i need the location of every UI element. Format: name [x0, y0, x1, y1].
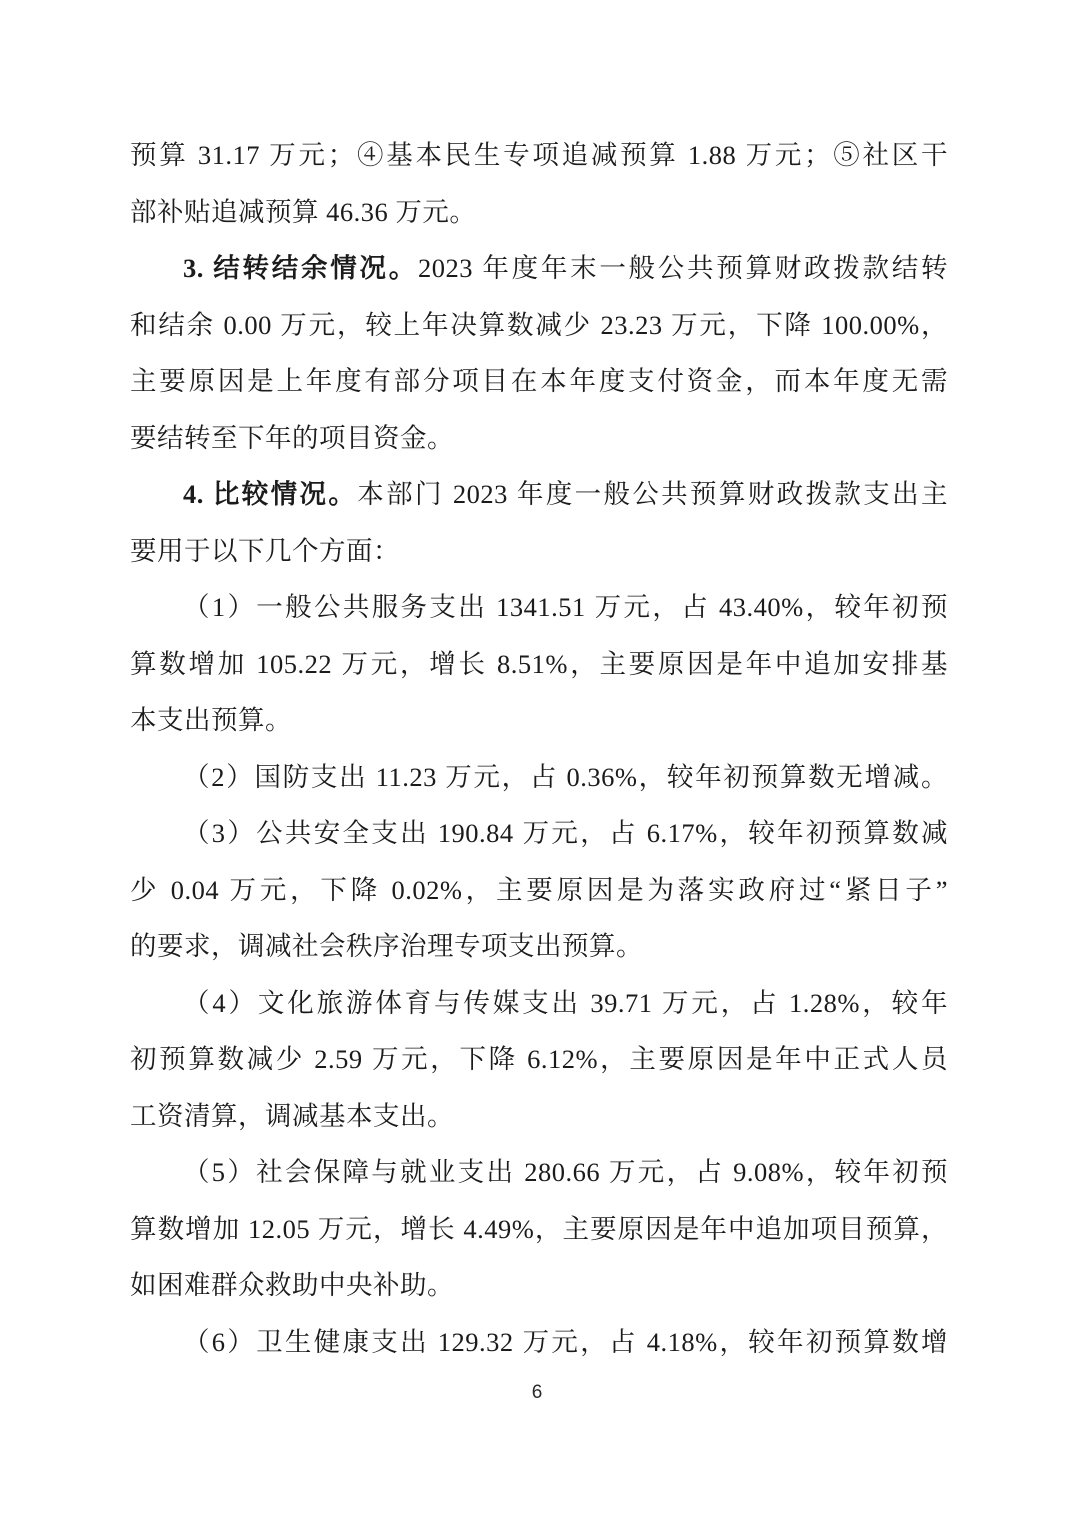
- text-line: 的要求，调减社会秩序治理专项支出预算。: [130, 918, 948, 975]
- text-line: 部补贴追减预算 46.36 万元。: [130, 184, 948, 241]
- text-line: 要用于以下几个方面：: [130, 523, 948, 580]
- text-line: （2）国防支出 11.23 万元，占 0.36%，较年初预算数无增减。: [130, 749, 948, 806]
- text-line: 算数增加 12.05 万元，增长 4.49%，主要原因是年中追加项目预算，: [130, 1201, 948, 1258]
- text-line: 要结转至下年的项目资金。: [130, 410, 948, 467]
- text-segment: 少 0.04 万元，下降 0.02%，主要原因是为落实政府过“紧日子”: [130, 875, 948, 905]
- text-segment: 本部门 2023 年度一般公共预算财政拨款支出主: [357, 479, 948, 509]
- text-line: 初预算数减少 2.59 万元，下降 6.12%，主要原因是年中正式人员: [130, 1031, 948, 1088]
- paragraph: （6）卫生健康支出 129.32 万元，占 4.18%，较年初预算数增: [130, 1314, 948, 1371]
- text-line: （5）社会保障与就业支出 280.66 万元，占 9.08%，较年初预: [130, 1144, 948, 1201]
- paragraph: （3）公共安全支出 190.84 万元，占 6.17%，较年初预算数减少 0.0…: [130, 805, 948, 975]
- text-line: （3）公共安全支出 190.84 万元，占 6.17%，较年初预算数减: [130, 805, 948, 862]
- text-line: 3. 结转结余情况。2023 年度年末一般公共预算财政拨款结转: [130, 240, 948, 297]
- paragraph: 4. 比较情况。本部门 2023 年度一般公共预算财政拨款支出主要用于以下几个方…: [130, 466, 948, 579]
- text-line: 算数增加 105.22 万元，增长 8.51%，主要原因是年中追加安排基: [130, 636, 948, 693]
- text-line: （1）一般公共服务支出 1341.51 万元，占 43.40%，较年初预: [130, 579, 948, 636]
- text-segment: （1）一般公共服务支出 1341.51 万元，占 43.40%，较年初预: [183, 592, 948, 622]
- text-block: 预算 31.17 万元；④基本民生专项追减预算 1.88 万元；⑤社区干部补贴追…: [130, 127, 948, 1370]
- paragraph: 预算 31.17 万元；④基本民生专项追减预算 1.88 万元；⑤社区干部补贴追…: [130, 127, 948, 240]
- text-line: （6）卫生健康支出 129.32 万元，占 4.18%，较年初预算数增: [130, 1314, 948, 1371]
- text-segment: 要用于以下几个方面：: [130, 536, 400, 566]
- text-segment: 要结转至下年的项目资金。: [130, 423, 454, 453]
- text-line: 4. 比较情况。本部门 2023 年度一般公共预算财政拨款支出主: [130, 466, 948, 523]
- paragraph: （1）一般公共服务支出 1341.51 万元，占 43.40%，较年初预算数增加…: [130, 579, 948, 749]
- text-segment: （3）公共安全支出 190.84 万元，占 6.17%，较年初预算数减: [183, 818, 948, 848]
- text-segment: 预算 31.17 万元；④基本民生专项追减预算 1.88 万元；⑤社区干: [130, 140, 948, 170]
- text-segment: 本支出预算。: [130, 705, 292, 735]
- text-line: 本支出预算。: [130, 692, 948, 749]
- text-line: 少 0.04 万元，下降 0.02%，主要原因是为落实政府过“紧日子”: [130, 862, 948, 919]
- text-line: 工资清算，调减基本支出。: [130, 1088, 948, 1145]
- text-segment: 如困难群众救助中央补助。: [130, 1270, 454, 1300]
- bold-heading-text: 3. 结转结余情况。: [183, 253, 418, 283]
- document-page: 预算 31.17 万元；④基本民生专项追减预算 1.88 万元；⑤社区干部补贴追…: [0, 0, 1074, 1520]
- text-segment: （5）社会保障与就业支出 280.66 万元，占 9.08%，较年初预: [183, 1157, 948, 1187]
- text-line: 和结余 0.00 万元，较上年决算数减少 23.23 万元，下降 100.00%…: [130, 297, 948, 354]
- paragraph: （5）社会保障与就业支出 280.66 万元，占 9.08%，较年初预算数增加 …: [130, 1144, 948, 1314]
- paragraph: （2）国防支出 11.23 万元，占 0.36%，较年初预算数无增减。: [130, 749, 948, 806]
- text-segment: 和结余 0.00 万元，较上年决算数减少 23.23 万元，下降 100.00%…: [130, 310, 948, 340]
- text-segment: 2023 年度年末一般公共预算财政拨款结转: [418, 253, 948, 283]
- text-line: 预算 31.17 万元；④基本民生专项追减预算 1.88 万元；⑤社区干: [130, 127, 948, 184]
- text-segment: 工资清算，调减基本支出。: [130, 1101, 454, 1131]
- text-segment: 的要求，调减社会秩序治理专项支出预算。: [130, 931, 643, 961]
- text-segment: （2）国防支出 11.23 万元，占 0.36%，较年初预算数无增减。: [183, 762, 948, 792]
- bold-heading-text: 4. 比较情况。: [183, 479, 357, 509]
- paragraph: 3. 结转结余情况。2023 年度年末一般公共预算财政拨款结转和结余 0.00 …: [130, 240, 948, 466]
- text-segment: （6）卫生健康支出 129.32 万元，占 4.18%，较年初预算数增: [183, 1327, 948, 1357]
- text-segment: 算数增加 105.22 万元，增长 8.51%，主要原因是年中追加安排基: [130, 649, 948, 679]
- page-number: 6: [0, 1382, 1074, 1404]
- paragraph: （4）文化旅游体育与传媒支出 39.71 万元，占 1.28%，较年初预算数减少…: [130, 975, 948, 1145]
- text-segment: 算数增加 12.05 万元，增长 4.49%，主要原因是年中追加项目预算，: [130, 1214, 948, 1244]
- text-line: 如困难群众救助中央补助。: [130, 1257, 948, 1314]
- text-line: （4）文化旅游体育与传媒支出 39.71 万元，占 1.28%，较年: [130, 975, 948, 1032]
- text-segment: 主要原因是上年度有部分项目在本年度支付资金，而本年度无需: [130, 366, 948, 396]
- text-segment: 初预算数减少 2.59 万元，下降 6.12%，主要原因是年中正式人员: [130, 1044, 948, 1074]
- text-segment: （4）文化旅游体育与传媒支出 39.71 万元，占 1.28%，较年: [183, 988, 948, 1018]
- text-line: 主要原因是上年度有部分项目在本年度支付资金，而本年度无需: [130, 353, 948, 410]
- text-segment: 部补贴追减预算 46.36 万元。: [130, 197, 476, 227]
